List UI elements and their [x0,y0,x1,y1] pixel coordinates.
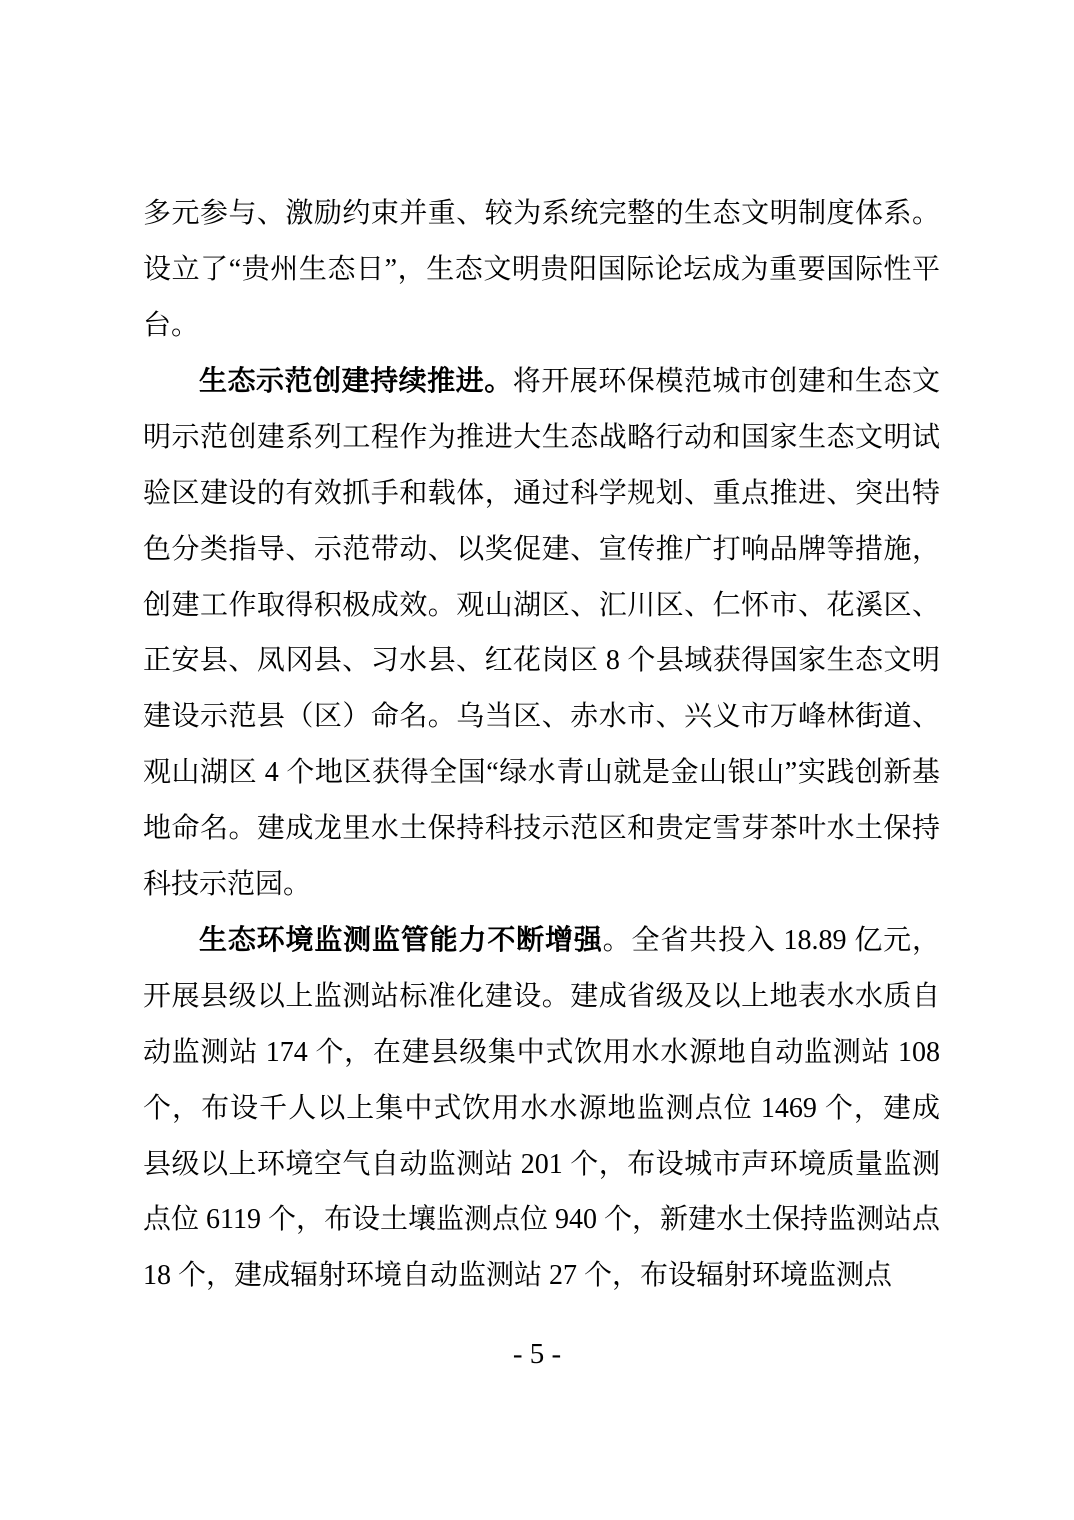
document-page: 多元参与、激励约束并重、较为系统完整的生态文明制度体系。设立了“贵州生态日”，生… [0,0,1074,1520]
paragraph-continuation: 多元参与、激励约束并重、较为系统完整的生态文明制度体系。设立了“贵州生态日”，生… [143,186,940,353]
paragraph-monitoring-capacity: 生态环境监测监管能力不断增强。全省共投入 18.89 亿元，开展县级以上监测站标… [143,912,940,1304]
paragraph-bold-lead: 生态环境监测监管能力不断增强 [199,924,603,955]
page-number: - 5 - [0,1334,1074,1374]
paragraph-eco-demonstration: 生态示范创建持续推进。将开展环保模范城市创建和生态文明示范创建系列工程作为推进大… [143,353,940,912]
paragraph-text: 将开展环保模范城市创建和生态文明示范创建系列工程作为推进大生态战略行动和国家生态… [143,366,940,899]
paragraph-text: 多元参与、激励约束并重、较为系统完整的生态文明制度体系。设立了“贵州生态日”，生… [143,198,940,341]
paragraph-bold-lead: 生态示范创建持续推进。 [199,365,513,396]
paragraph-text: 。全省共投入 18.89 亿元，开展县级以上监测站标准化建设。建成省级及以上地表… [143,925,940,1291]
document-body: 多元参与、激励约束并重、较为系统完整的生态文明制度体系。设立了“贵州生态日”，生… [143,186,940,1304]
